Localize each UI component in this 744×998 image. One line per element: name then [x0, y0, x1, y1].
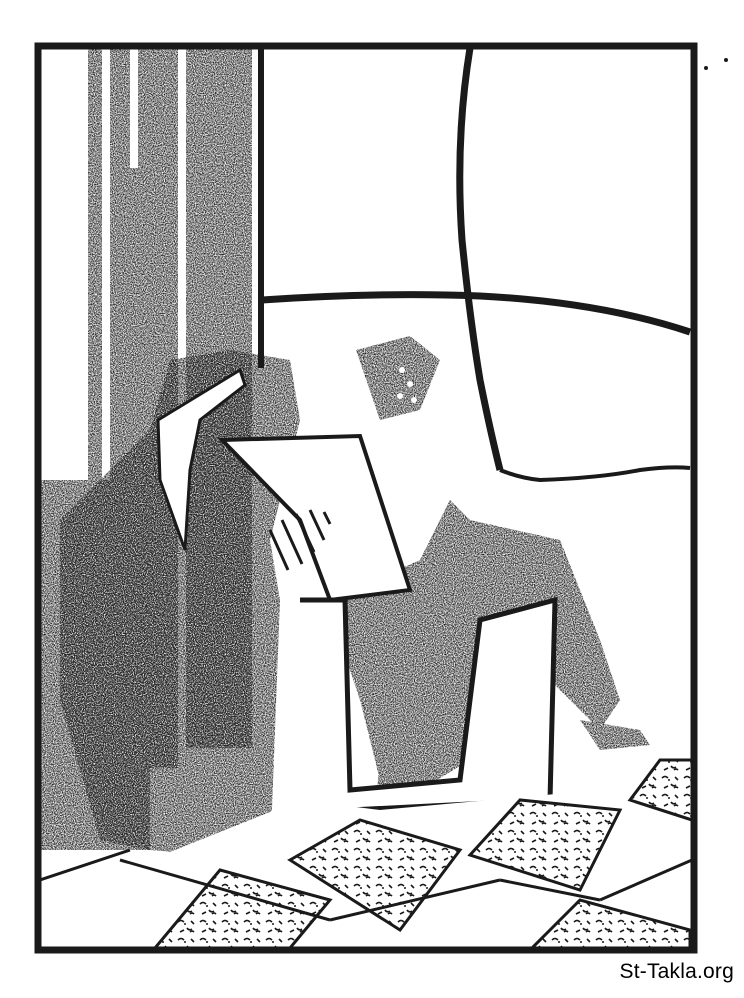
illustration — [0, 0, 744, 998]
speck — [724, 58, 728, 62]
watermark: St-Takla.org — [620, 960, 734, 984]
speck — [704, 66, 708, 70]
